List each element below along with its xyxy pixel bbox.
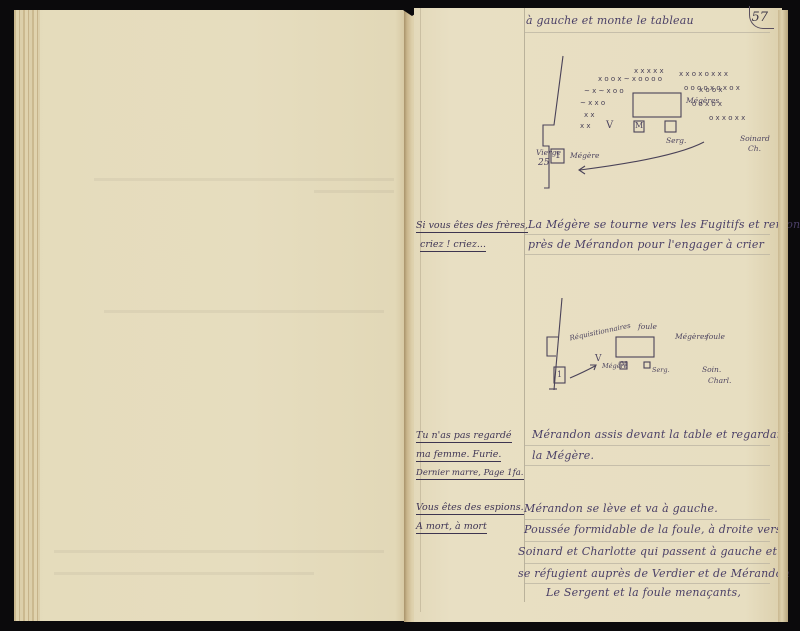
stage-direction-line: Poussée formidable de la foule, à droite… [524,523,782,536]
label-soinard: Soinard [740,134,770,143]
label-serg: Serg. [666,136,686,145]
label-serg: Serg. [652,366,670,374]
cue-line: Tu n'as pas regardé [416,430,512,443]
ruled-line [524,519,770,520]
stage-direction-line: Mérandon se lève et va à gauche. [524,502,718,515]
cue-line: Si vous êtes des frères, [416,220,528,233]
label-megeres: Mégères [675,332,708,341]
label-megere: Mégère [570,151,599,160]
label-foule: foule [638,322,657,331]
diagram-2-drawing [532,292,772,392]
svg-text:x x x x x: x x x x x [634,67,664,75]
bleed-through-line [314,190,394,193]
bleed-through-line [54,550,384,553]
label-box-1: 1 [557,370,562,379]
ruled-line [524,234,770,235]
label-megeres: Mégères [686,96,719,105]
svg-text:x x: x x [580,122,591,130]
diagram-1-drawing: x o o x ~ x o o o o x x x x x x x o x o … [514,48,774,198]
ruled-line [524,254,770,255]
cue-line: Dernier marre, Page 1fa. [416,468,524,480]
label-m: M [635,121,643,130]
svg-text:x x: x x [584,111,595,119]
stage-direction-line: la Mégère. [532,449,594,462]
label-charl: Charl. [708,376,731,385]
stage-direction-line: près de Mérandon pour l'engager à crier [528,238,764,251]
ruled-line [524,465,770,466]
label-v: V [606,120,613,131]
svg-text:x o o x ~ x o o o o: x o o x ~ x o o o o [598,75,662,83]
stage-direction-line: Soinard et Charlotte qui passent à gauch… [518,545,777,558]
svg-text:~ x ~ x o o: ~ x ~ x o o [584,87,624,95]
label-soinard: Soin. [702,365,721,374]
stage-direction-line: Le Sergent et la foule menaçants, [546,586,741,599]
svg-text:o x x o x x: o x x o x x [709,114,745,122]
label-box-1: 1 [555,151,561,161]
bleed-through-line [94,178,394,181]
ruled-line [524,445,770,446]
svg-text:~ x x o: ~ x x o [580,99,605,107]
ruled-line [524,583,770,584]
label-25: 25 [538,158,549,168]
top-direction-line: à gauche et monte le tableau [526,14,694,27]
cue-line: ma femme. Furie. [416,449,501,462]
label-ch: Ch. [748,144,761,153]
page-edges [14,10,40,621]
ruled-line [524,541,770,542]
ruled-line [524,563,770,564]
staging-diagram-1: x o o x ~ x o o o o x x x x x x x o x o … [514,48,774,198]
cue-line: Vous êtes des espions. [416,502,524,515]
label-v: V [595,354,602,364]
stage-direction-line: Mérandon assis devant la table et regard… [532,428,789,441]
label-m: M [621,361,627,368]
bleed-through-line [54,572,314,575]
right-page-edges [778,10,788,622]
svg-text:x o o x: x o o x [699,86,723,94]
cue-line: A mort, à mort [416,521,487,534]
stage-direction-line: se réfugient auprès de Verdier et de Mér… [518,567,790,580]
open-notebook: 57 à gauche et monte le tableau [0,0,800,631]
bleed-through-line [104,310,384,313]
left-page [14,10,407,621]
staging-diagram-2: Réquisitionnaires foule Mégères foule V … [532,292,772,392]
svg-text:x x o x o x x x: x x o x o x x x [679,70,728,78]
right-page: 57 à gauche et monte le tableau [414,8,782,622]
cue-line: criez ! criez... [420,239,486,252]
page-number: 57 [751,10,768,25]
label-foule: foule [706,332,725,341]
ruled-line [524,32,770,33]
stage-direction-line: La Mégère se tourne vers les Fugitifs et… [528,218,800,231]
